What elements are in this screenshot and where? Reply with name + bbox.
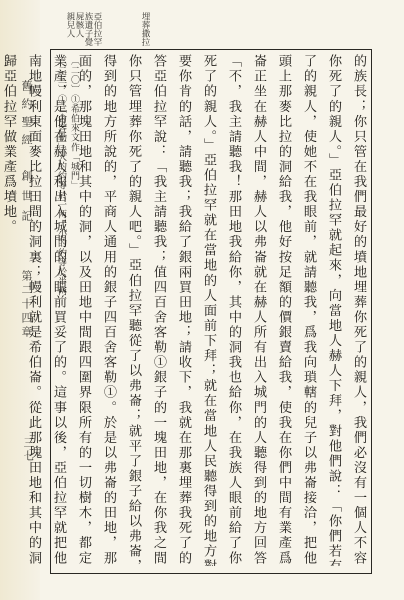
text-column: 你只管埋葬你死了的親人吧。」亞伯拉罕聽從了以弗崙；就平了銀子給以弗崙，就是他在赫… [121, 54, 146, 566]
footnote: 〔二三〕①「舍客勒」大的約等於一两，小的約等於半两 [54, 56, 67, 296]
margin-names-note-1: 亞伯拉罕 族遺子覺 屍骸人 親兒人 [66, 12, 102, 46]
margin-names-note-2: 埋葬撒拉 [141, 12, 150, 46]
text-column: 「不，我主請聽我！那田地我給你，其中的洞我也給你，在我族人眼前給了你，讓你可以埋… [221, 54, 246, 566]
text-column: 要你肯的話，請聽我；我給了銀兩買田地；請收下，我就在那裏埋葬我死了的親人。」以弗… [171, 54, 196, 566]
text-column: 得到的地方所說的，平商人通用的銀子四百舍客勒①。於是以弗崙的田地，那在麥比拉在幔… [96, 54, 121, 566]
text-column: 崙正坐在赫人中間，赫人以弗崙就在赫人所有出入城門的人聽得到的地方回答亞伯拉罕說： [246, 54, 271, 566]
text-column: 你死了的親人。」亞伯拉罕就起來，向當地人赫人下拜，對他們說：「你們若有意叫我埋葬… [321, 54, 346, 566]
text-column: 的族長；你只管在我們最好的墳地埋葬你死了的親人，我們必沒有一個人不容你在他的墳地… [346, 54, 371, 566]
margin-name: 埋葬撒拉 [141, 12, 150, 46]
text-column: 答亞伯拉罕說：「我主請聽我；值四百舍客勒①銀子的一塊田地，在你我之間，還算得了甚… [146, 54, 171, 566]
footnote: 〔二〇〕①希伯來文作「城門」 [67, 56, 80, 296]
footnotes: 〔二〇〕①希伯來文作「城門」 〔二三〕①「舍客勒」大的約等於一两，小的約等於半两 [54, 56, 80, 296]
text-column: 了的親人，使她不在我眼前，就請聽我，爲我向瑣轄的兒子以弗崙接洽，把他所有的，他田 [296, 54, 321, 566]
text-column: 死了的親人。」亞伯拉罕就在當地的人面前下拜；就在當地人民聽得到的地方對以弗崙說：… [196, 54, 221, 566]
text-column: 歸亞伯拉罕做業產爲墳地。 [0, 54, 21, 566]
text-frame: 的族長；你只管在我們最好的墳地埋葬你死了的親人，我們必沒有一個人不容你在他的墳地… [50, 49, 372, 574]
text-column: 南地幔利東面麥比拉田間的洞裏；幔利就是希伯崙。從此那塊田地和其中的洞，就定準由赫… [21, 54, 46, 566]
text-column: 頭上那麥比拉的洞給我，他好按足額的價銀賣給我，使我在你們中間有業產爲墳地。」那時… [271, 54, 296, 566]
margin-name: 亞伯拉罕 [93, 12, 102, 46]
